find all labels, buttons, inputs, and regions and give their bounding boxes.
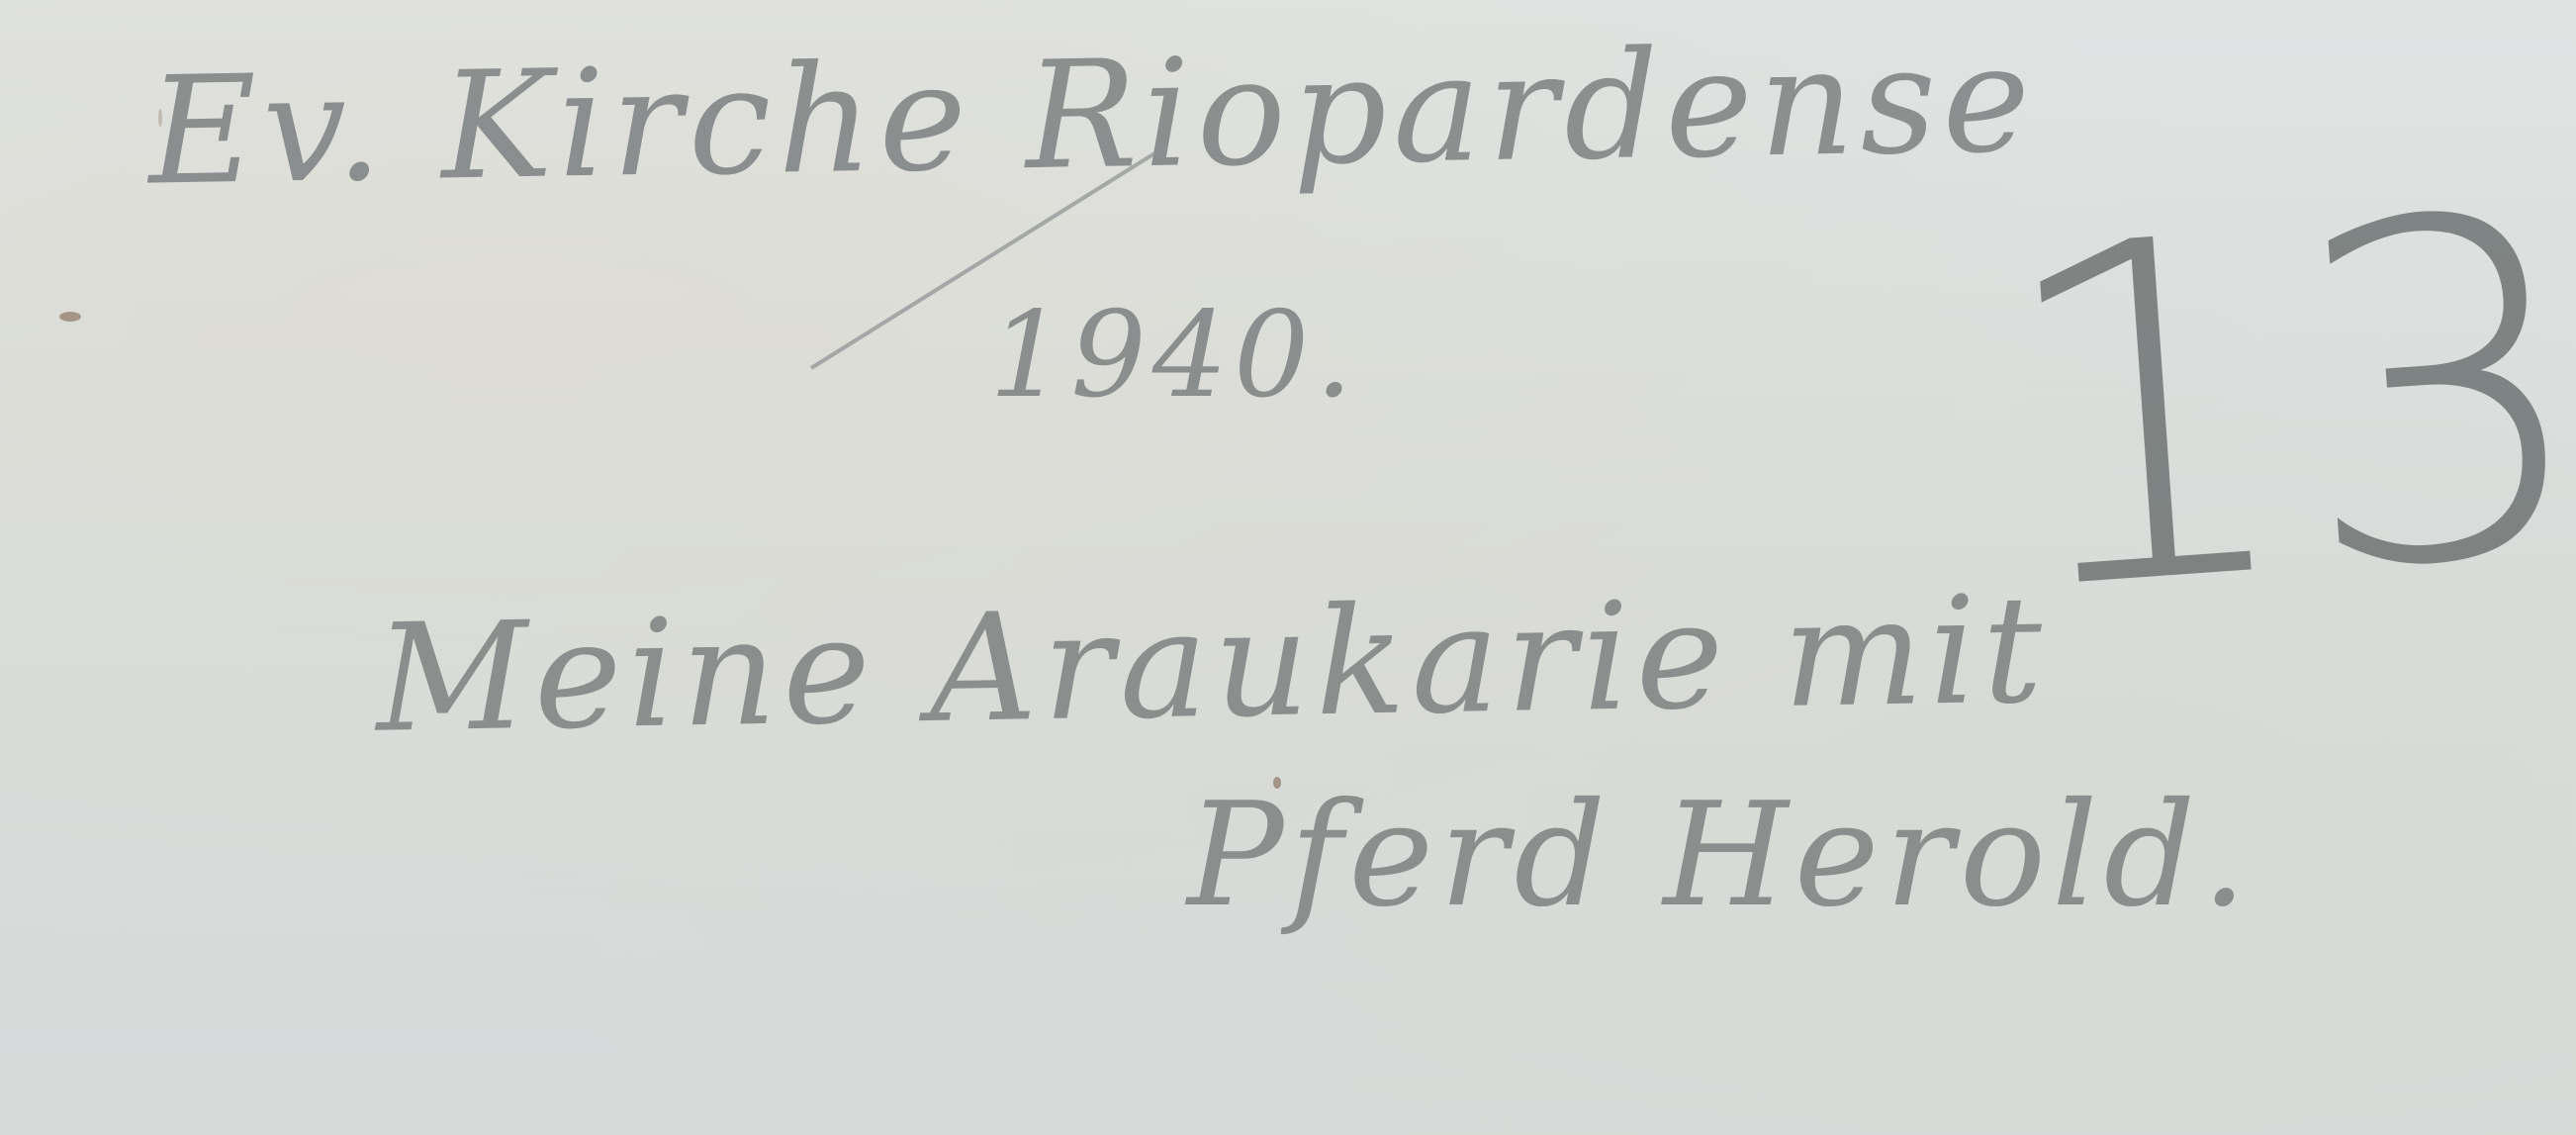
photo-number: 13: [1982, 153, 2576, 659]
inscription-line-year: 1940.: [989, 287, 1359, 425]
paper-stain: [59, 312, 81, 322]
photo-back-paper: Ev. Kirche Riopardense 1940. Meine Arauk…: [0, 0, 2576, 1135]
inscription-line-church: Ev. Kirche Riopardense: [147, 13, 2038, 218]
paper-stain: [158, 109, 162, 127]
paper-stain: [1273, 777, 1281, 789]
inscription-line-horse: Pferd Herold.: [1187, 772, 2253, 939]
inscription-line-subject: Meine Araukarie mit: [375, 564, 2050, 765]
